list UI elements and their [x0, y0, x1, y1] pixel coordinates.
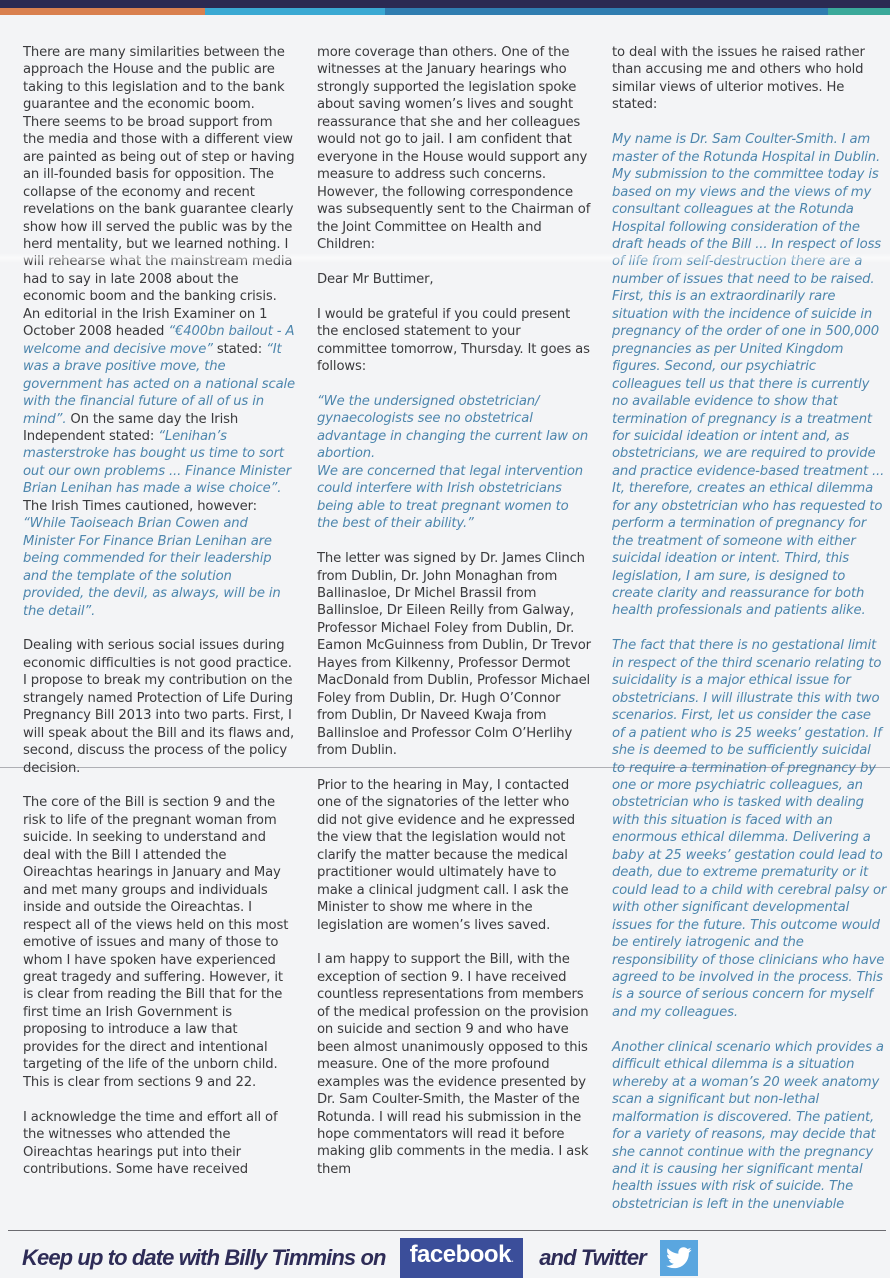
paragraph: There are many similarities between the …	[23, 44, 295, 620]
paragraph: I acknowledge the time and effort all of…	[23, 1109, 295, 1179]
twitter-bird-icon	[666, 1247, 692, 1269]
footer: Keep up to date with Billy Timmins on fa…	[22, 1240, 698, 1276]
paragraph: I am happy to support the Bill, with the…	[317, 951, 591, 1178]
quote-paragraph: My name is Dr. Sam Coulter-Smith. I am m…	[612, 131, 887, 620]
footer-text: Keep up to date with Billy Timmins on	[22, 1245, 386, 1271]
facebook-logo-text: facebook	[410, 1241, 511, 1268]
footer-divider	[8, 1230, 886, 1231]
article-body: There are many similarities between the …	[0, 44, 890, 1224]
quote-text: “We the undersigned obstetrician/ gynaec…	[317, 394, 588, 461]
body-text: There are many similarities between the …	[23, 45, 294, 339]
quote-paragraph: Another clinical scenario which provides…	[612, 1039, 887, 1214]
color-strip	[0, 8, 890, 15]
page-fold-highlight	[0, 253, 890, 263]
article-column-2: more coverage than others. One of the wi…	[317, 44, 591, 1196]
quote-text: “While Taoiseach Brian Cowen and Ministe…	[23, 516, 281, 618]
article-column-3: to deal with the issues he raised rather…	[612, 44, 887, 1231]
facebook-link[interactable]: facebook.	[400, 1238, 524, 1278]
body-text: stated:	[213, 342, 266, 357]
letter-salutation: Dear Mr Buttimer,	[317, 271, 591, 288]
page-fold-line	[0, 767, 890, 768]
strip-light-blue	[205, 8, 385, 15]
letter-quote: “We the undersigned obstetrician/ gynaec…	[317, 393, 591, 533]
facebook-dot: .	[511, 1254, 513, 1265]
paragraph: Prior to the hearing in May, I contacted…	[317, 777, 591, 934]
paragraph: The letter was signed by Dr. James Clinc…	[317, 550, 591, 759]
article-column-1: There are many similarities between the …	[23, 44, 295, 1196]
twitter-link[interactable]	[660, 1240, 698, 1276]
strip-orange	[0, 8, 205, 15]
strip-mid-blue	[385, 8, 828, 15]
quote-paragraph: The fact that there is no gestational li…	[612, 637, 887, 1021]
paragraph: I would be grateful if you could present…	[317, 306, 591, 376]
top-banner	[0, 0, 890, 8]
paragraph: to deal with the issues he raised rather…	[612, 44, 887, 114]
twitter-text: and Twitter	[539, 1245, 646, 1271]
quote-text: We are concerned that legal intervention…	[317, 464, 583, 531]
paragraph: Dealing with serious social issues durin…	[23, 637, 295, 777]
paragraph: The core of the Bill is section 9 and th…	[23, 794, 295, 1091]
paragraph: more coverage than others. One of the wi…	[317, 44, 591, 253]
body-text: The Irish Times cautioned, however:	[23, 499, 257, 514]
strip-teal	[828, 8, 890, 15]
